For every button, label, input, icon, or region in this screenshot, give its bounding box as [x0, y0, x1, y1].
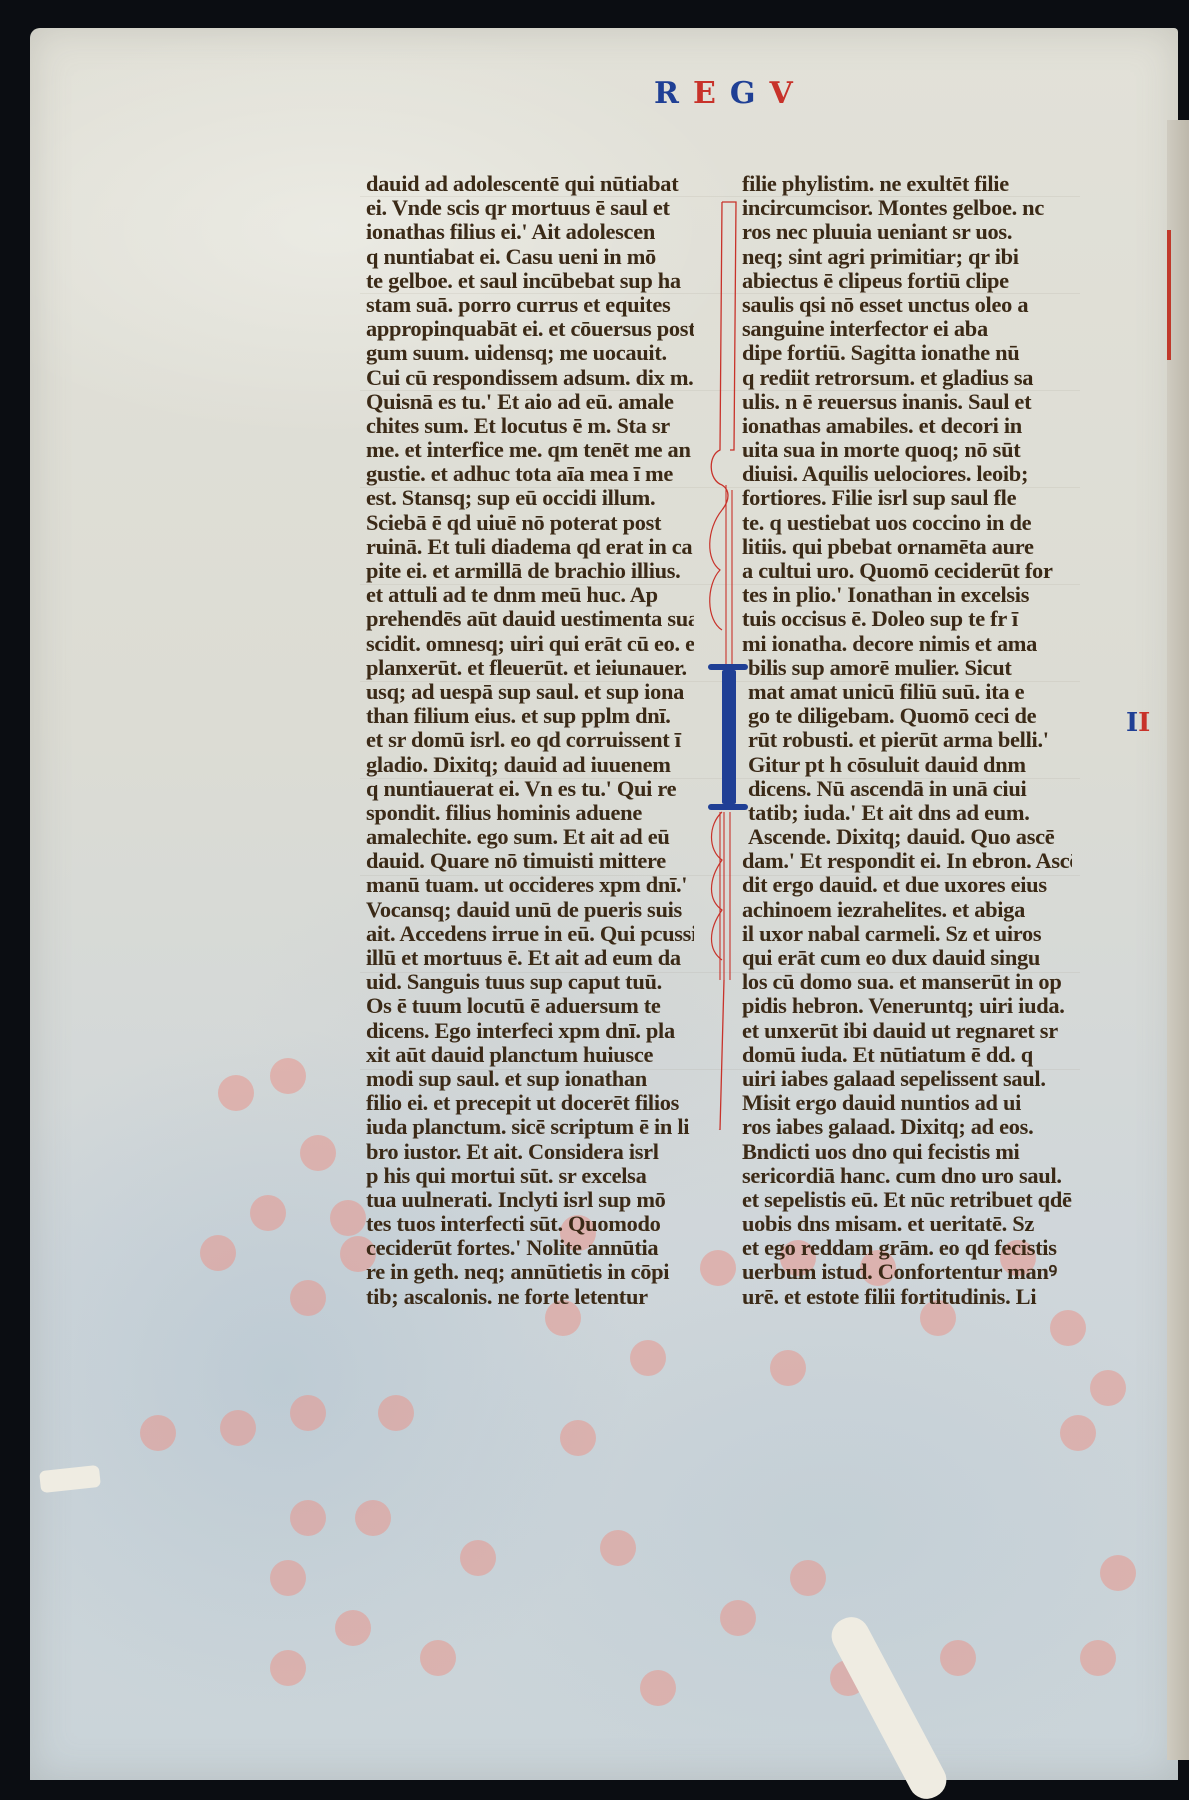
text-line: go te diligebam. Quomō ceci de	[742, 704, 1072, 728]
text-line: uerbum istud. Confortentur manꝰ	[742, 1260, 1072, 1284]
text-line: Misit ergo dauid nuntios ad ui	[742, 1091, 1072, 1115]
text-line: dam.' Et respondit ei. In ebron. Ascē	[742, 849, 1072, 873]
text-line: et ego reddam grām. eo qd fecistis	[742, 1236, 1072, 1260]
decorated-initial-I	[712, 664, 742, 810]
text-line: los cū domo sua. et manserūt in op	[742, 970, 1072, 994]
text-line: chites sum. Et locutus ē m. Sta sr	[366, 414, 694, 438]
text-line: et unxerūt ibi dauid ut regnaret sr	[742, 1019, 1072, 1043]
text-line: ceciderūt fortes.' Nolite annūtia	[366, 1236, 694, 1260]
text-line: Cui cū respondissem adsum. dix m.	[366, 366, 694, 390]
text-line: q nuntiauerat ei. Vn es tu.' Qui re	[366, 777, 694, 801]
text-line: than filium eius. et sup pplm dnī.	[366, 704, 694, 728]
adjacent-leaf-edge	[1167, 120, 1189, 1760]
text-line: dicens. Ego interfeci xpm dnī. pla	[366, 1019, 694, 1043]
text-line: Os ē tuum locutū ē aduersum te	[366, 994, 694, 1018]
text-line: ulis. n ē reuersus inanis. Saul et	[742, 390, 1072, 414]
running-title: R E G V	[654, 76, 793, 111]
chapter-numeral-red: I	[1138, 708, 1150, 738]
text-line: iuda planctum. sicē scriptum ē in li	[366, 1115, 694, 1139]
running-title-letter: V	[769, 76, 792, 111]
text-line: et sepelistis eū. Et nūc retribuet qdē	[742, 1188, 1072, 1212]
text-line: dicens. Nū ascendā in unā ciui	[742, 777, 1072, 801]
text-line: ros nec pluuia ueniant sr uos.	[742, 220, 1072, 244]
text-line: re in geth. neq; annūtietis in cōpi	[366, 1260, 694, 1284]
text-line: tes tuos interfecti sūt. Quomodo	[366, 1212, 694, 1236]
text-line: tua uulnerati. Inclyti isrl sup mō	[366, 1188, 694, 1212]
text-line: manū tuam. ut occideres xpm dnī.'	[366, 873, 694, 897]
text-line: a cultui uro. Quomō ceciderūt for	[742, 559, 1072, 583]
text-line: uita sua in morte quoq; nō sūt	[742, 438, 1072, 462]
text-line: Sciebā ē qd uiuē nō poterat post	[366, 511, 694, 535]
text-line: te. q uestiebat uos coccino in de	[742, 511, 1072, 535]
text-line: filie phylistim. ne exultēt filie	[742, 172, 1072, 196]
text-line: tes in plio.' Ionathan in excelsis	[742, 583, 1072, 607]
text-line: tib; ascalonis. ne forte letentur	[366, 1285, 694, 1309]
text-column-right: filie phylistim. ne exultēt filieincircu…	[742, 172, 1072, 1309]
text-line: tuis occisus ē. Doleo sup te fr ī	[742, 607, 1072, 631]
text-line: gustie. et adhuc tota aīa mea ī me	[366, 462, 694, 486]
text-line: sanguine interfector ei aba	[742, 317, 1072, 341]
text-line: q nuntiabat ei. Casu ueni in mō	[366, 245, 694, 269]
text-line: Ascende. Dixitq; dauid. Quo ascē	[742, 825, 1072, 849]
text-line: ait. Accedens irrue in eū. Qui pcussit	[366, 922, 694, 946]
text-line: domū iuda. Et nūtiatum ē dd. q	[742, 1043, 1072, 1067]
text-line: mat amat unicū filiū suū. ita e	[742, 680, 1072, 704]
text-column-left: dauid ad adolescentē qui nūtiabatei. Vnd…	[366, 172, 694, 1309]
text-line: achinoem iezrahelites. et abiga	[742, 898, 1072, 922]
text-line: modi sup saul. et sup ionathan	[366, 1067, 694, 1091]
text-line: dit ergo dauid. et due uxores eius	[742, 873, 1072, 897]
text-line: sericordiā hanc. cum dno uro saul.	[742, 1164, 1072, 1188]
text-line: dipe fortiū. Sagitta ionathe nū	[742, 341, 1072, 365]
text-line: pidis hebron. Veneruntq; uiri iuda.	[742, 994, 1072, 1018]
text-line: spondit. filius hominis aduene	[366, 801, 694, 825]
text-line: bilis sup amorē mulier. Sicut	[742, 656, 1072, 680]
text-line: gum suum. uidensq; me uocauit.	[366, 341, 694, 365]
text-line: litiis. qui pbebat ornamēta aure	[742, 535, 1072, 559]
text-line: gladio. Dixitq; dauid ad iuuenem	[366, 753, 694, 777]
text-line: urē. et estote filii fortitudinis. Li	[742, 1285, 1072, 1309]
text-line: xit aūt dauid planctum huiusce	[366, 1043, 694, 1067]
text-line: ruinā. Et tuli diadema qd erat in ca	[366, 535, 694, 559]
text-line: fortiores. Filie isrl sup saul fle	[742, 486, 1072, 510]
text-line: et sr domū isrl. eo qd corruissent ī	[366, 728, 694, 752]
text-line: diuisi. Aquilis uelociores. leoib;	[742, 462, 1072, 486]
text-line: et attuli ad te dnm meū huc. Ap	[366, 583, 694, 607]
text-line: tatib; iuda.' Et ait dns ad eum.	[742, 801, 1072, 825]
text-line: te gelboe. et saul incūbebat sup ha	[366, 269, 694, 293]
running-title-letter: E	[693, 76, 716, 111]
text-line: p his qui mortui sūt. sr excelsa	[366, 1164, 694, 1188]
text-line: stam suā. porro currus et equites	[366, 293, 694, 317]
text-line: saulis qsi nō esset unctus oleo a	[742, 293, 1072, 317]
text-line: incircumcisor. Montes gelboe. nc	[742, 196, 1072, 220]
text-line: Gitur pt h cōsuluit dauid dnm	[742, 753, 1072, 777]
text-line: me. et interfice me. qm tenēt me an	[366, 438, 694, 462]
text-line: filio ei. et precepit ut docerēt filios	[366, 1091, 694, 1115]
text-line: dauid ad adolescentē qui nūtiabat	[366, 172, 694, 196]
text-line: planxerūt. et fleuerūt. et ieiunauer.	[366, 656, 694, 680]
text-line: scidit. omnesq; uiri qui erāt cū eo. et	[366, 632, 694, 656]
running-title-letter: G	[730, 76, 756, 111]
text-line: usq; ad uespā sup saul. et sup iona	[366, 680, 694, 704]
text-line: uid. Sanguis tuus sup caput tuū.	[366, 970, 694, 994]
text-line: appropinquabāt ei. et cōuersus post ē	[366, 317, 694, 341]
running-title-letter: R	[654, 76, 679, 111]
text-line: Vocansq; dauid unū de pueris suis	[366, 898, 694, 922]
text-line: est. Stansq; sup eū occidi illum.	[366, 486, 694, 510]
text-line: illū et mortuus ē. Et ait ad eum da	[366, 946, 694, 970]
text-line: mi ionatha. decore nimis et ama	[742, 632, 1072, 656]
text-line: qui erāt cum eo dux dauid singu	[742, 946, 1072, 970]
text-line: uobis dns misam. et ueritatē. Sz	[742, 1212, 1072, 1236]
text-line: uiri iabes galaad sepelissent saul.	[742, 1067, 1072, 1091]
text-line: neq; sint agri primitiar; qr ibi	[742, 245, 1072, 269]
text-line: Bndicti uos dno qui fecistis mi	[742, 1140, 1072, 1164]
text-line: ei. Vnde scis qr mortuus ē saul et	[366, 196, 694, 220]
text-line: ionathas filius ei.' Ait adolescen	[366, 220, 694, 244]
text-line: ros iabes galaad. Dixitq; ad eos.	[742, 1115, 1072, 1139]
text-line: abiectus ē clipeus fortiū clipe	[742, 269, 1072, 293]
text-line: il uxor nabal carmeli. Sz et uiros	[742, 922, 1072, 946]
chapter-numeral-blue: I	[1126, 708, 1138, 738]
text-line: Quisnā es tu.' Et aio ad eū. amale	[366, 390, 694, 414]
text-line: pite ei. et armillā de brachio illius.	[366, 559, 694, 583]
text-line: q rediit retrorsum. et gladius sa	[742, 366, 1072, 390]
text-line: prehendēs aūt dauid uestimenta sua	[366, 607, 694, 631]
text-line: bro iustor. Et ait. Considera isrl	[366, 1140, 694, 1164]
text-line: dauid. Quare nō timuisti mittere	[366, 849, 694, 873]
chapter-number-marker: II	[1126, 708, 1150, 738]
text-line: rūt robusti. et pierūt arma belli.'	[742, 728, 1072, 752]
text-line: amalechite. ego sum. Et ait ad eū	[366, 825, 694, 849]
text-line: ionathas amabiles. et decori in	[742, 414, 1072, 438]
